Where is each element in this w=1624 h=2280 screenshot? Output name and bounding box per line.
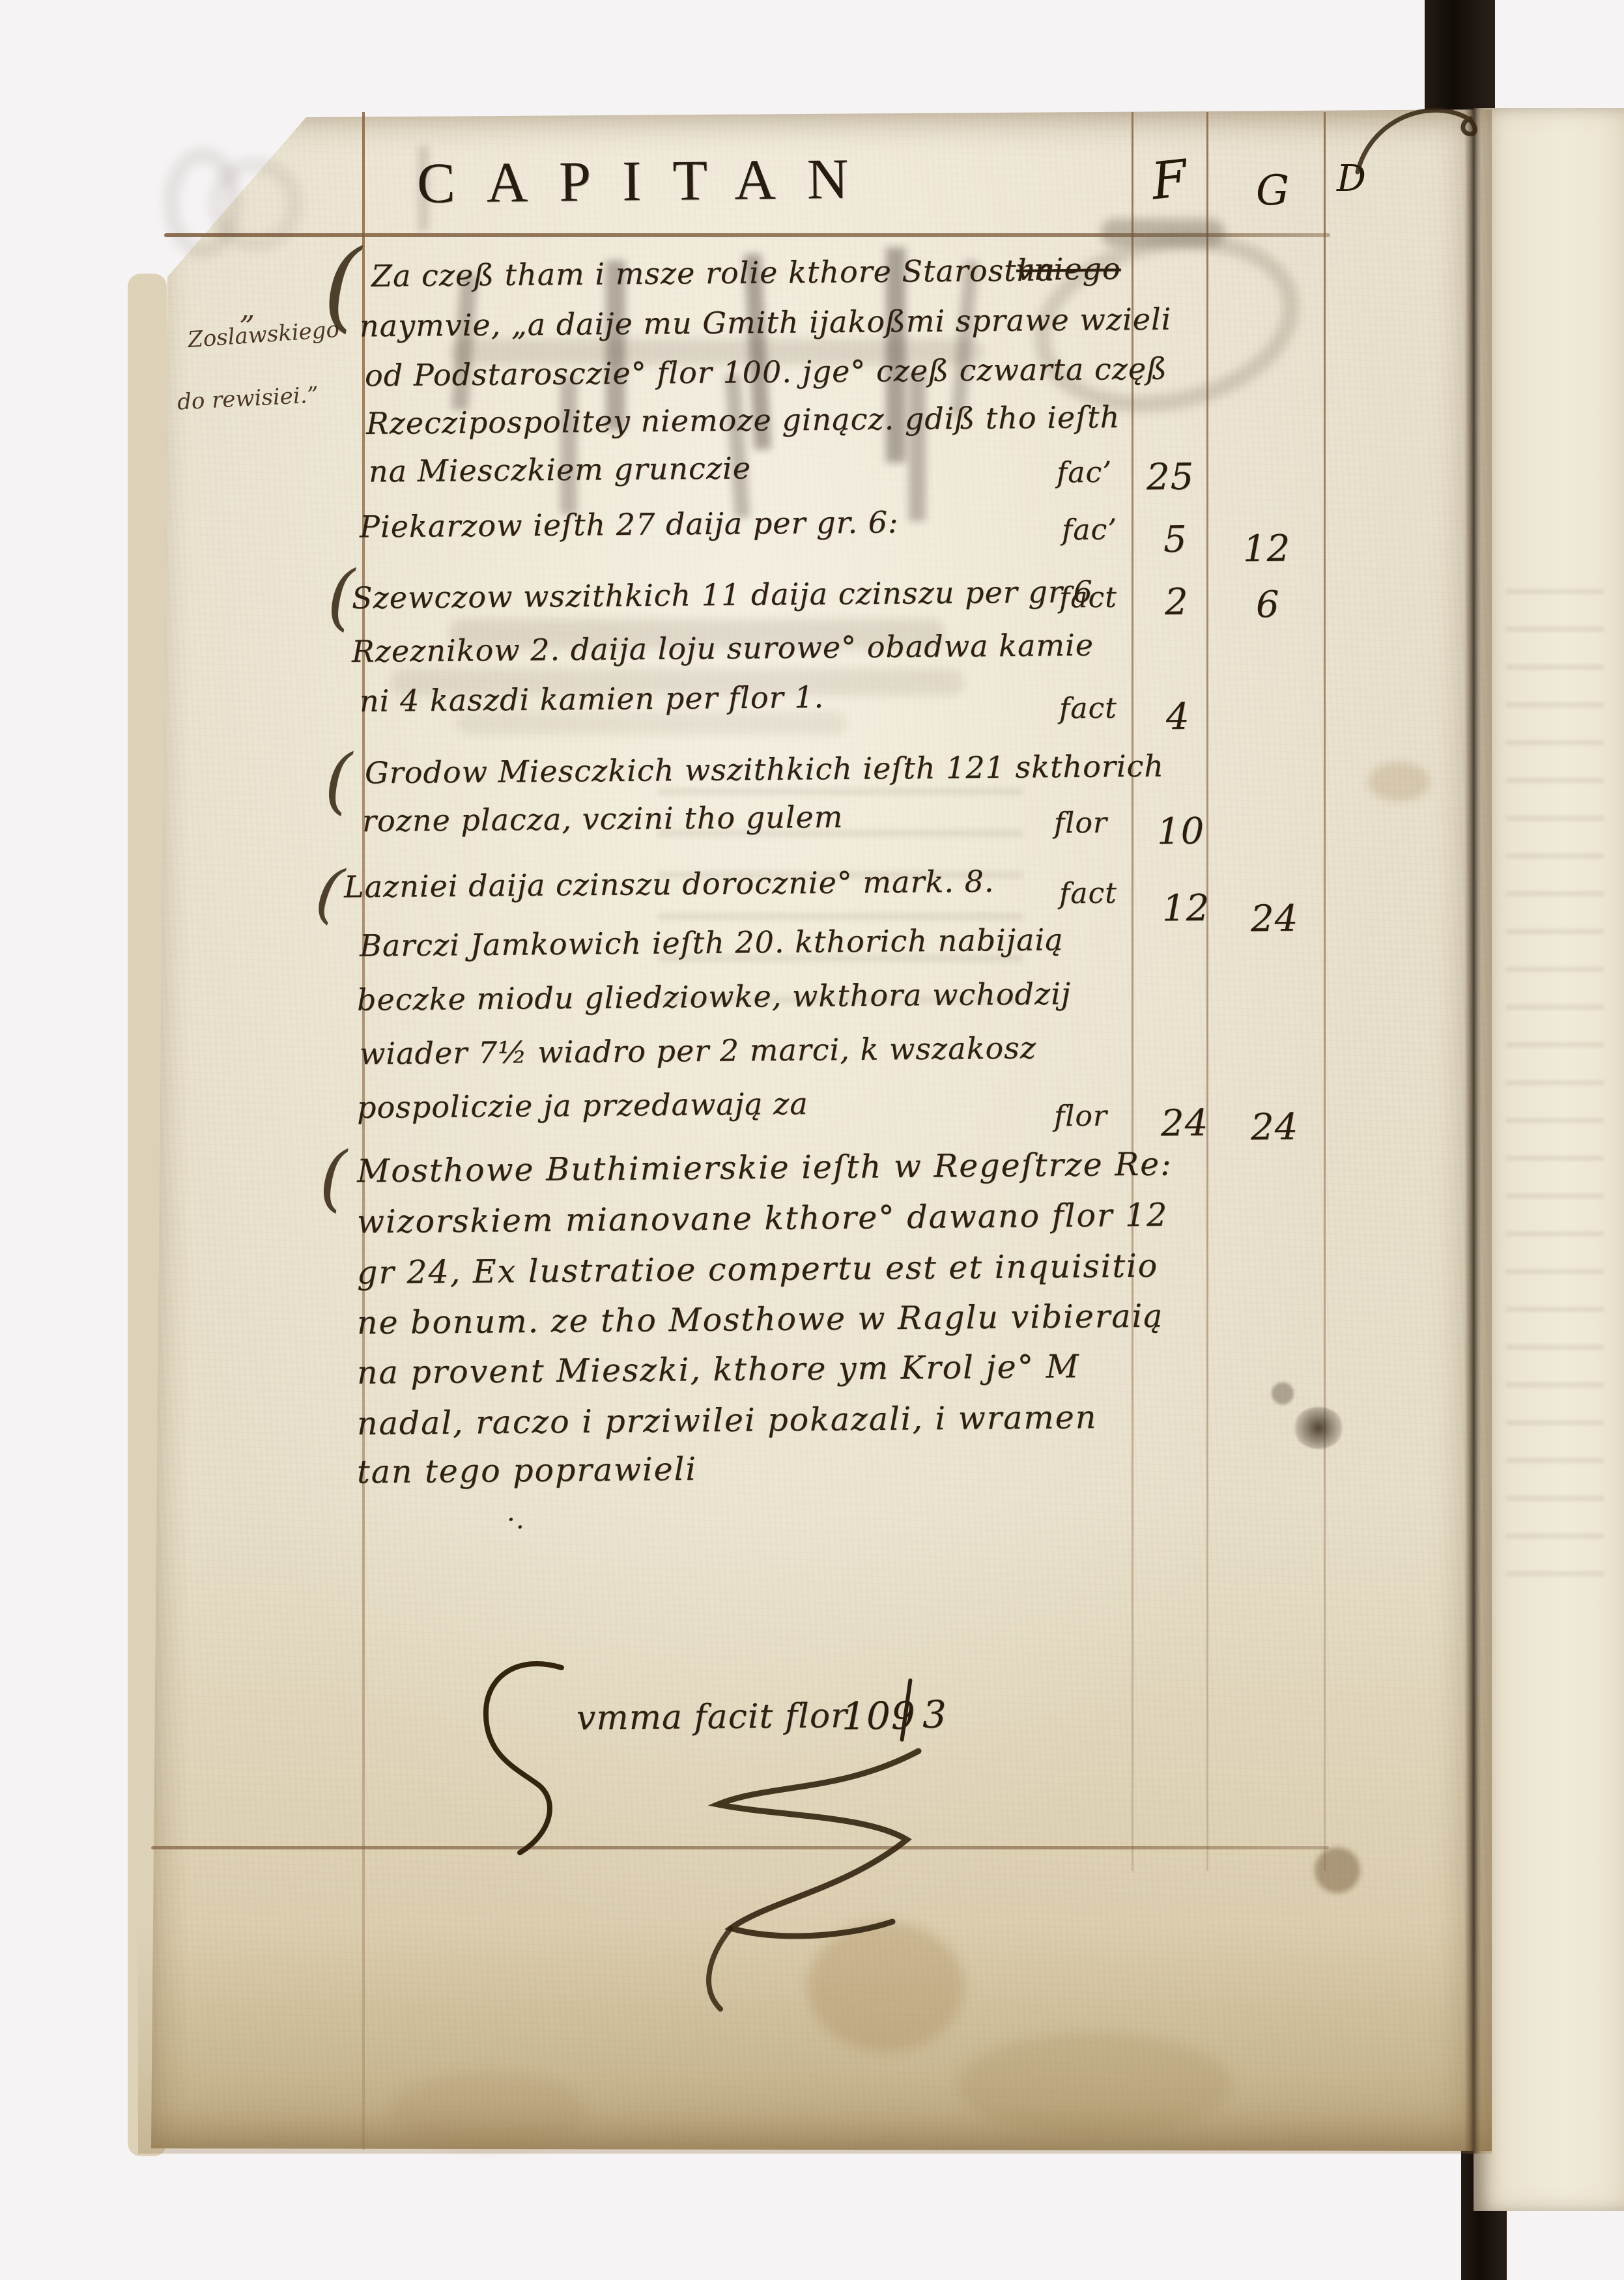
gros-value: 24	[1251, 1106, 1299, 1149]
manuscript-line: na provent Mieszki, kthore ym Krol je° M	[357, 1348, 1080, 1391]
manuscript-line: Grodow Miesczkich wszithkich ieſth 121 s…	[365, 748, 1164, 791]
manuscript-line: Za czeß tham i msze rolie kthore Starost…	[371, 252, 1055, 293]
page-title: CAPITAN	[416, 146, 879, 216]
margin-note-quote: „	[240, 291, 255, 326]
column-header-gros: G	[1256, 167, 1289, 215]
entry-label: fact	[1059, 581, 1117, 615]
manuscript-line: naymvie, „a daije mu Gmith ijakoßmi spra…	[360, 302, 1172, 344]
summary-tail-flourish	[671, 1733, 971, 2019]
manuscript-line: beczke miodu gliedziowke, wkthora wchodz…	[357, 976, 1072, 1018]
flor-value: 2	[1165, 581, 1189, 623]
initial-flourish: (	[319, 1136, 347, 1219]
flor-value: 5	[1163, 519, 1188, 561]
flor-value: 10	[1157, 810, 1205, 853]
entry-label: fac’	[1057, 456, 1113, 490]
manuscript-line: Rzeczipospolitey niemoze ginącz. gdiß th…	[366, 399, 1120, 441]
next-page-sliver	[1474, 108, 1624, 2211]
manuscript-line: nadal, raczo i prziwilei pokazali, i wra…	[357, 1399, 1098, 1442]
gros-value: 6	[1256, 584, 1280, 626]
initial-flourish: (	[324, 739, 352, 822]
summary-gros-value: 3	[922, 1692, 947, 1737]
manuscript-line: na Miesczkiem grunczie	[369, 450, 751, 489]
manuscript-line: wizorskiem mianovane kthore° dawano flor…	[357, 1197, 1169, 1241]
manuscript-line: Barczi Jamkowich ieſth 20. kthorich nabi…	[360, 922, 1064, 963]
gros-value: 24	[1251, 898, 1299, 941]
entry-label: flor	[1054, 806, 1107, 840]
entry-label: fact	[1059, 692, 1117, 726]
manuscript-line: Szewczow wszithkich 11 daija czinszu per…	[352, 574, 1093, 616]
manuscript-line: Piekarzow ieſth 27 daija per gr. 6:	[360, 504, 899, 544]
manuscript-line: tan tego poprawieli	[357, 1451, 697, 1491]
rule-left-margin	[362, 112, 365, 2150]
gros-value: 12	[1243, 528, 1291, 571]
manuscript-line: ne bonum. ze tho Mosthowe w Raglu vibier…	[357, 1298, 1164, 1342]
manuscript-scan: CAPITAN F G D „ Zoslawskiego do rewisiei…	[0, 0, 1624, 2280]
struck-word: vniego	[1016, 251, 1121, 287]
manuscript-line: gr 24, Ex lustratioe compertu est et inq…	[357, 1247, 1159, 1292]
manuscript-line: Rzeznikow 2. daija loju surowe° obadwa k…	[352, 627, 1094, 669]
column-header-flor: F	[1148, 149, 1190, 211]
flor-value: 24	[1161, 1102, 1209, 1145]
flor-value: 12	[1162, 887, 1210, 930]
manuscript-line: rozne placza, vczini tho gulem	[362, 799, 844, 838]
entry-label: fact	[1059, 877, 1117, 911]
entry-label: flor	[1054, 1100, 1107, 1133]
rule-col-denar	[1324, 112, 1326, 1871]
summary-initial-s-flourish	[473, 1655, 577, 1876]
manuscript-line: ni 4 kaszdi kamien per flor 1.	[360, 679, 825, 719]
manuscript-line: Lazniei daija czinszu dorocznie° mark. 8…	[344, 864, 995, 905]
flor-value: 25	[1147, 456, 1195, 499]
summary-text: vmma facit flor	[577, 1696, 848, 1738]
manuscript-line: od Podstarosczie° flor 100. jge° czeß cz…	[365, 351, 1167, 393]
page-gutter-crease	[1464, 108, 1481, 2154]
manuscript-line: Mosthowe Buthimierskie ieſth w Regeſtrze…	[357, 1146, 1173, 1190]
entry-label: fac’	[1062, 513, 1118, 547]
initial-flourish: (	[323, 229, 362, 343]
manuscript-line: wiader 7½ wiadro per 2 marci, k wszakosz	[360, 1030, 1036, 1071]
flor-value: 4	[1166, 696, 1190, 738]
ink-dots-mark: ·.	[507, 1505, 525, 1535]
initial-flourish: (	[327, 555, 355, 638]
header-swash-flourish	[1350, 93, 1487, 190]
manuscript-line: pospoliczie ja przedawają za	[357, 1086, 808, 1125]
rule-col-gros	[1206, 112, 1208, 1871]
